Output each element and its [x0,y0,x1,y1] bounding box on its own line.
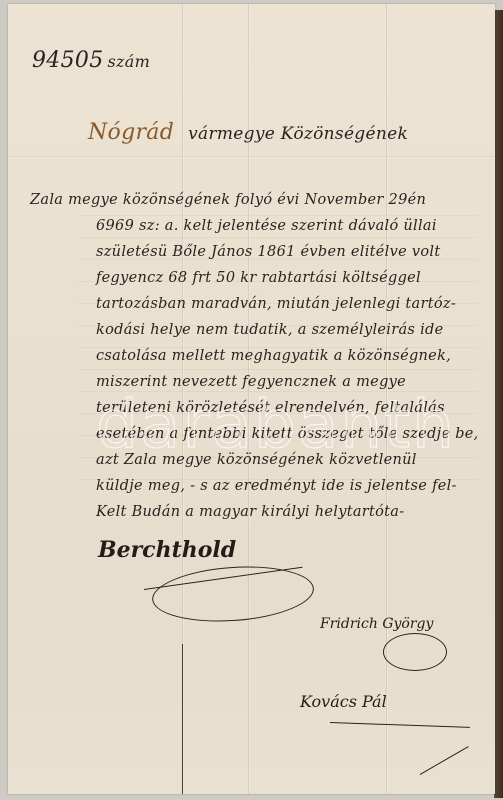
body-line-13: Kelt Budán a magyar királyi helytartóta- [96,504,404,520]
addressee-text: vármegye Közönségének [188,124,408,144]
body-line-3: születésü Bőle János 1861 évben elitélve… [96,244,441,260]
signature-flourish-loop [383,633,447,671]
body-line-1: Zala megye közönségének folyó évi Novemb… [30,192,426,208]
body-line-2: 6969 sz: a. kelt jelentése szerint dával… [96,218,437,234]
reference-number: 94505szám [32,48,150,73]
fold-line-horizontal [8,156,495,158]
signature-berchthold: Berchthold [98,537,236,563]
body-line-10: esetében a fentebbi kitett összeget tőle… [96,426,479,442]
scan-backing-edge [494,10,503,798]
document-page: 94505szám Nógrádvármegye Közönségének Za… [8,4,495,794]
body-line-8: miszerint nevezett fegyencznek a megye [96,374,406,390]
addressee-line: Nógrádvármegye Közönségének [88,120,408,145]
reference-number-value: 94505 [32,48,104,73]
body-line-12: küldje meg, - s az eredményt ide is jele… [96,478,457,494]
signature-kovacs: Kovács Pál [300,692,387,711]
bleed-through-text [78,194,478,494]
dark-crease-line [182,644,183,794]
body-line-6: kodási helye nem tudatik, a személyleirá… [96,322,443,338]
pen-mark [420,746,469,775]
signature-underline [330,722,470,728]
body-line-5: tartozásban maradván, miután jelenlegi t… [96,296,456,312]
signature-fridrich: Fridrich György [320,616,433,632]
addressee-county: Nógrád [88,120,174,145]
body-line-11: azt Zala megye közönségének közvetlenül [96,452,417,468]
signature-flourish-oval [150,561,315,626]
body-line-9: területeni körözletését elrendelvén, fel… [96,400,445,416]
reference-number-suffix: szám [108,52,151,71]
body-line-4: fegyencz 68 frt 50 kr rabtartási költség… [96,270,421,286]
body-line-7: csatolása mellett meghagyatik a közönség… [96,348,451,364]
